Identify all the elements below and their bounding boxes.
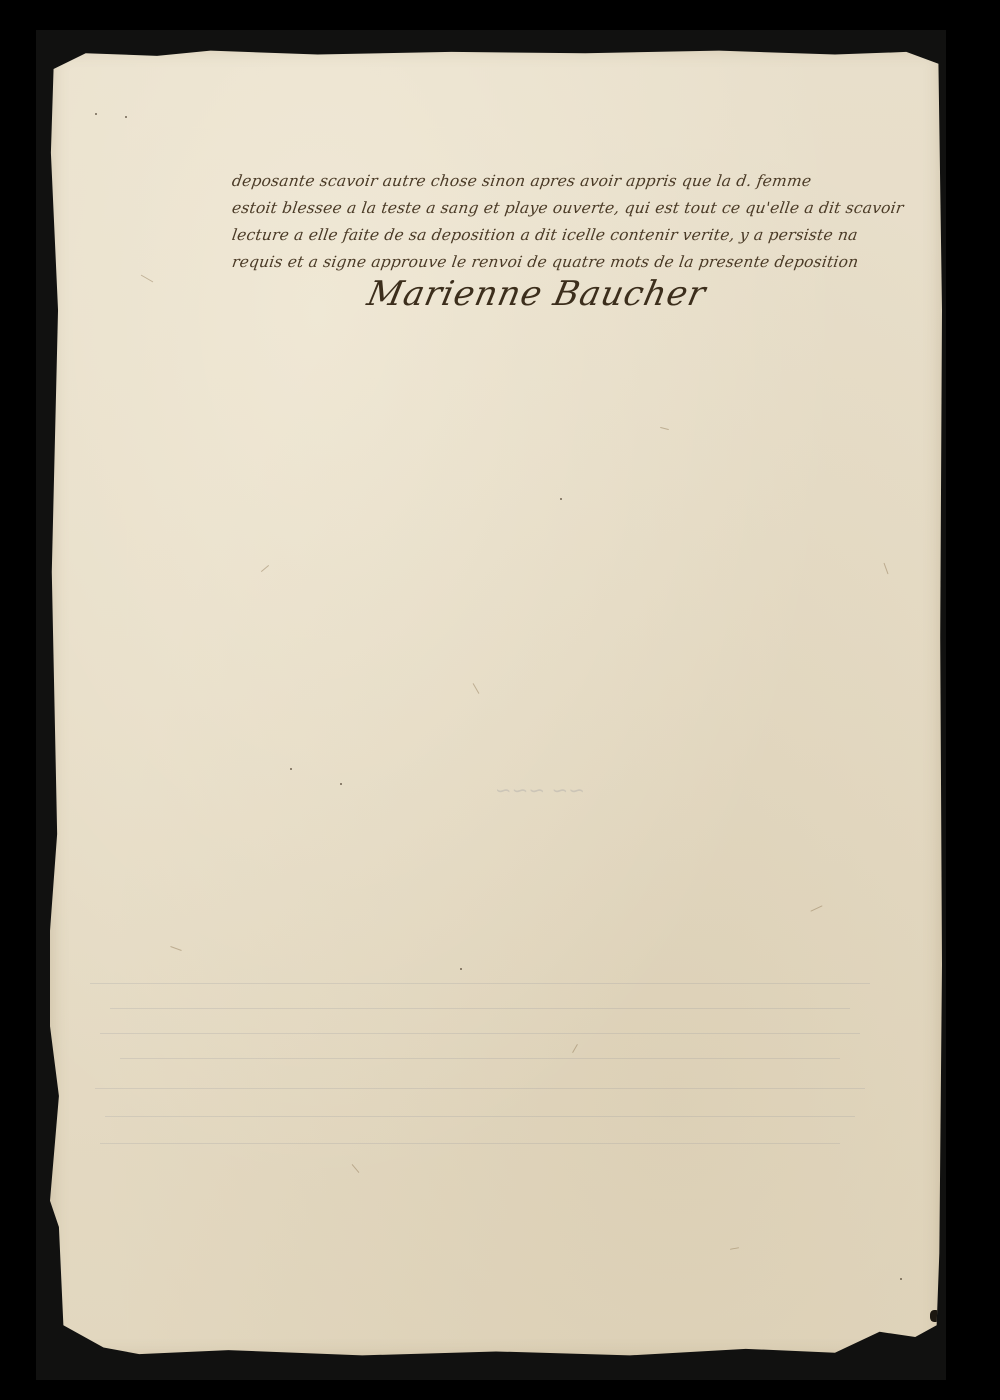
paper-fiber bbox=[352, 1164, 360, 1173]
bleed-through-line bbox=[100, 1143, 840, 1144]
bleed-through-line bbox=[120, 1058, 840, 1059]
paper-fiber bbox=[473, 683, 480, 694]
paper-speck bbox=[460, 968, 462, 970]
manuscript-line: estoit blessee a la teste a sang et play… bbox=[230, 195, 954, 222]
paper-fiber bbox=[572, 1044, 578, 1053]
bleed-through-line bbox=[100, 1033, 860, 1034]
paper-speck bbox=[560, 498, 562, 500]
bleed-through-line bbox=[95, 1088, 865, 1089]
paper-fiber bbox=[141, 275, 154, 283]
paper-speck bbox=[290, 768, 292, 770]
paper-fiber bbox=[261, 565, 269, 572]
paper-fiber bbox=[730, 1247, 739, 1250]
bleed-through-line bbox=[110, 1008, 850, 1009]
paper-speck bbox=[125, 116, 127, 118]
paper-fiber bbox=[170, 946, 182, 951]
paper-speck bbox=[900, 1278, 902, 1280]
paper-fiber bbox=[883, 563, 888, 575]
bleed-through-line bbox=[90, 983, 870, 984]
manuscript-body: deposante scavoir autre chose sinon apre… bbox=[232, 168, 952, 276]
scan-background: ~~ ~~~ deposante scavoir autre chose sin… bbox=[0, 0, 1000, 1400]
paper-speck bbox=[95, 113, 97, 115]
paper-fiber bbox=[810, 905, 822, 911]
manuscript-line: requis et a signe approuve le renvoi de … bbox=[230, 249, 954, 276]
signature: Marienne Baucher bbox=[364, 274, 710, 314]
manuscript-line: lecture a elle faite de sa deposition a … bbox=[230, 222, 954, 249]
paper-speck bbox=[340, 783, 342, 785]
paper-fiber bbox=[660, 427, 669, 430]
bleed-through-mark: ~~ ~~~ bbox=[493, 778, 587, 802]
manuscript-line: deposante scavoir autre chose sinon apre… bbox=[230, 168, 954, 195]
bleed-through-line bbox=[105, 1116, 855, 1117]
